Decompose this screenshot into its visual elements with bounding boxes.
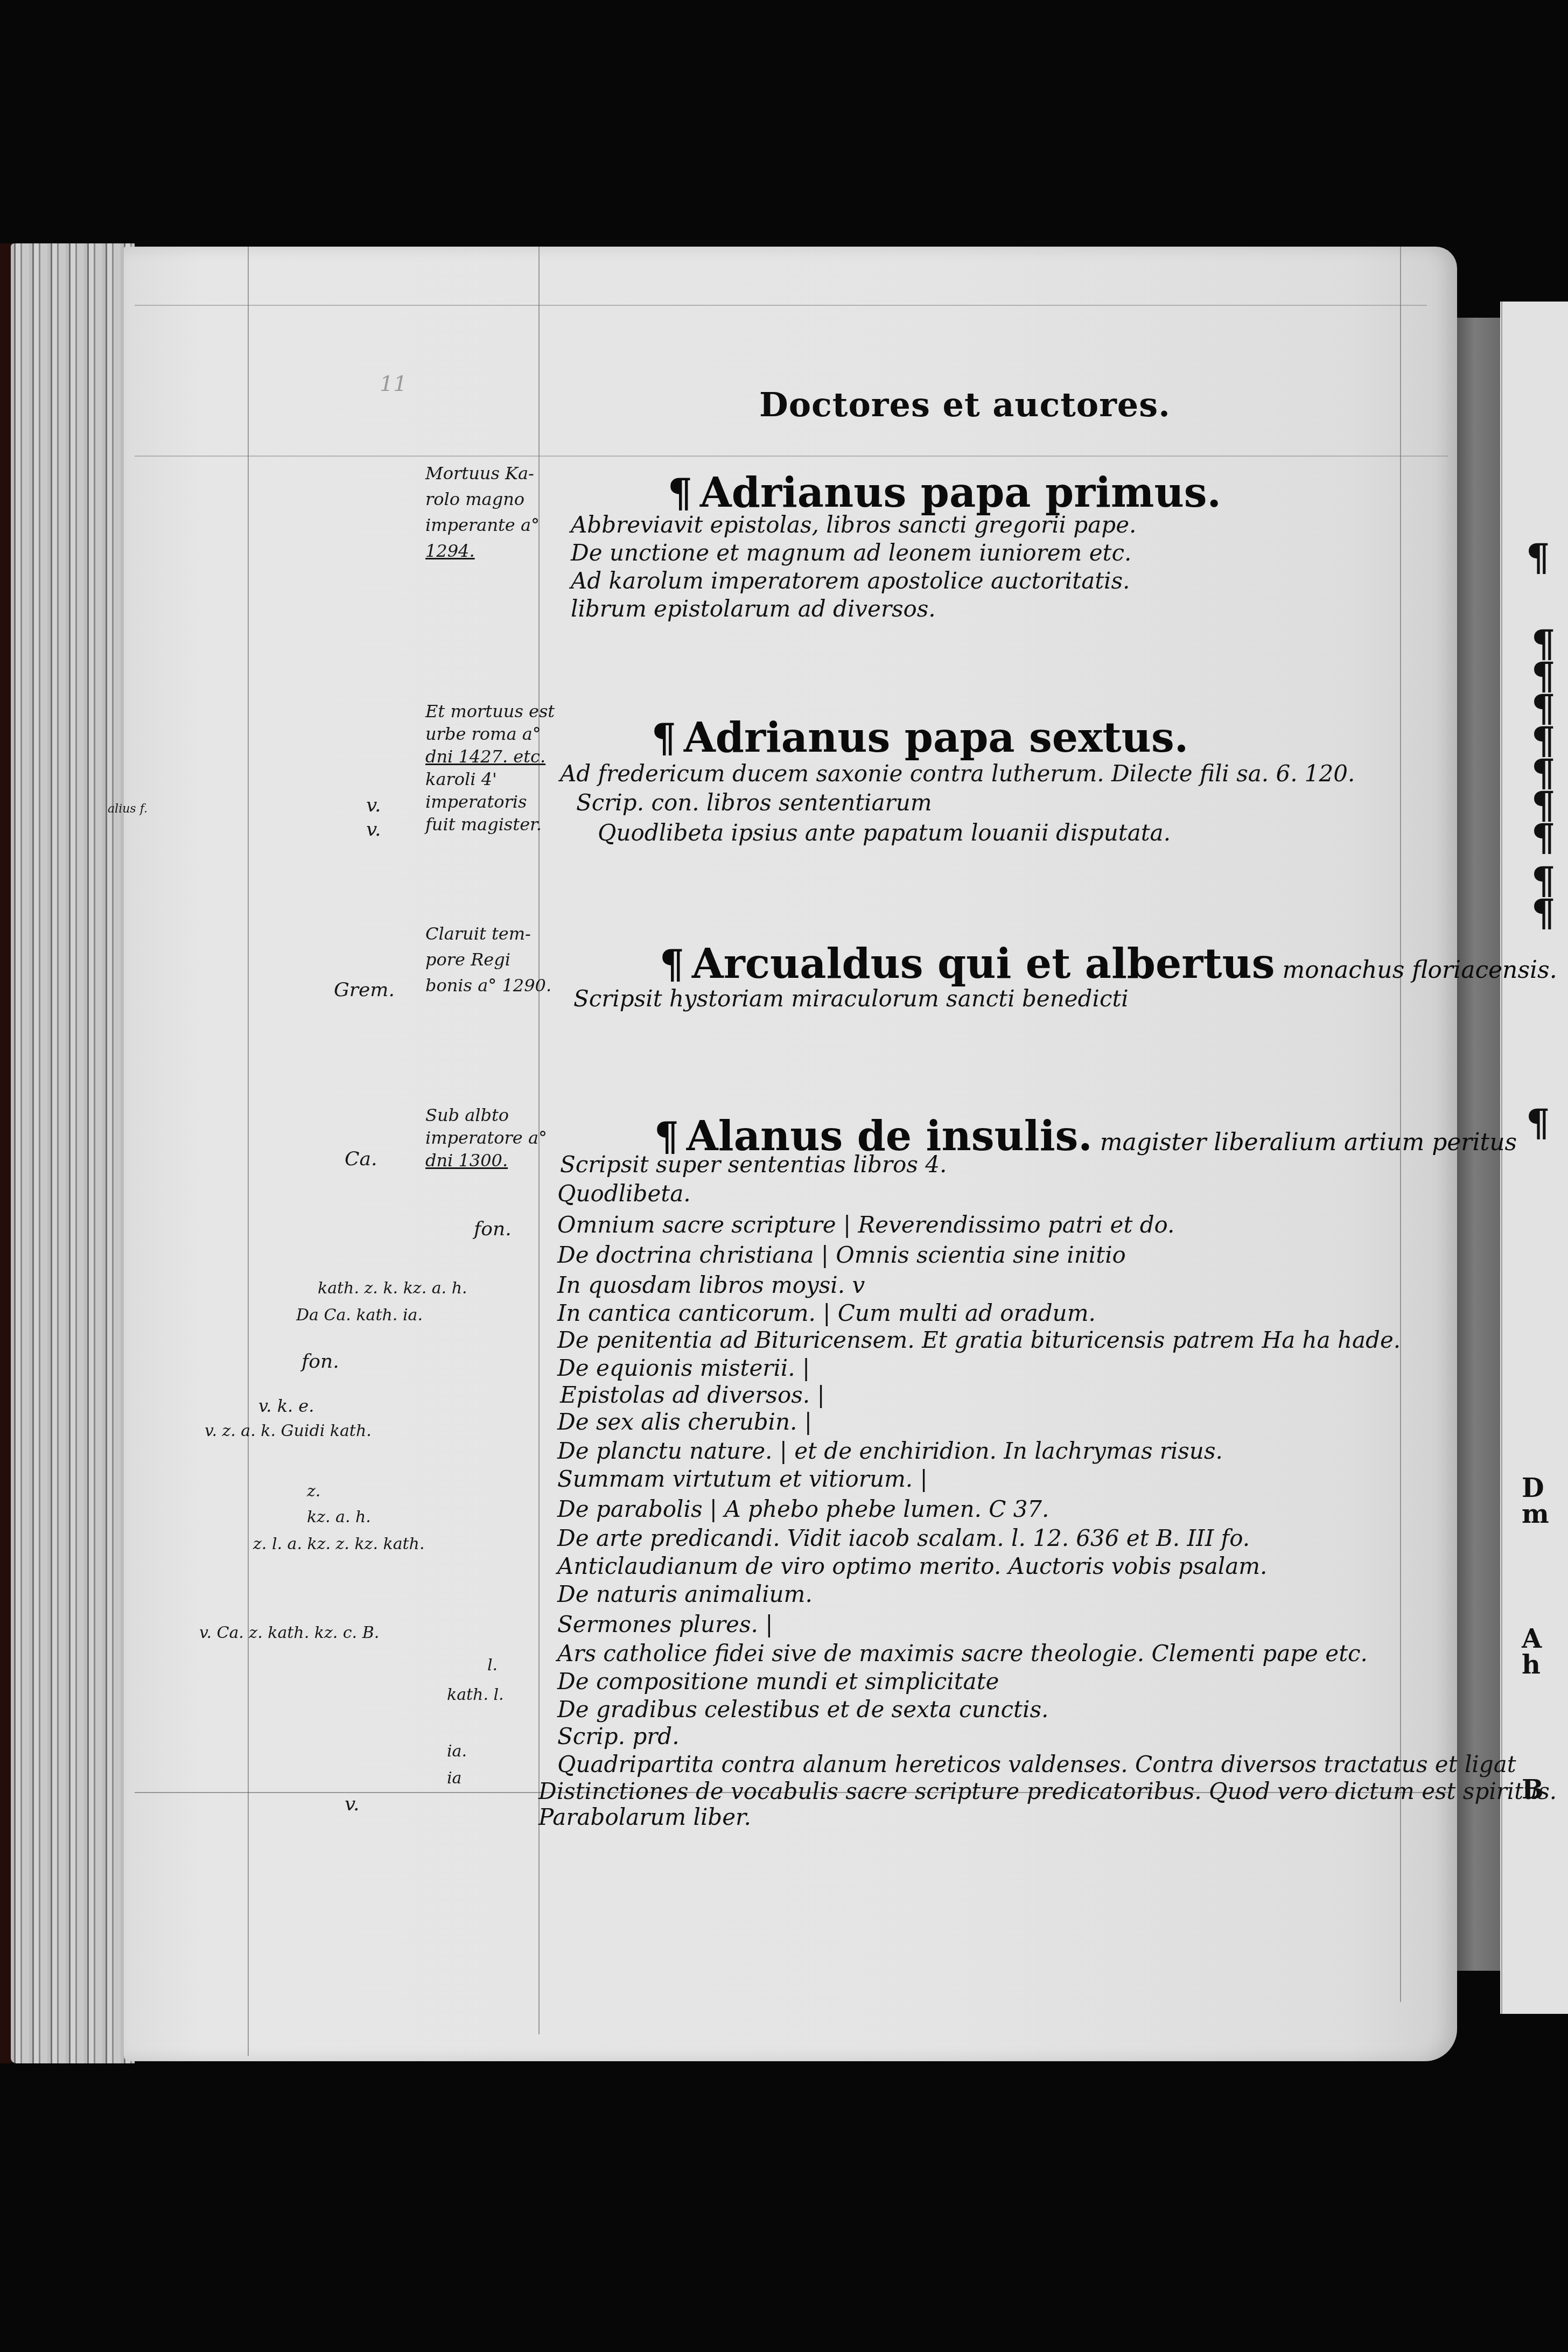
- entry-line: Ad karolum imperatorem apostolice auctor…: [571, 568, 1130, 594]
- entry-line: Omnium sacre scripture | Reverendissimo …: [557, 1212, 1174, 1238]
- paragraph-mark: ¶: [1526, 1104, 1550, 1142]
- siglum: fon.: [302, 1350, 339, 1373]
- entry-line: Sermones plures. |: [557, 1611, 773, 1637]
- margin-note-entry-3: Claruit tem- pore Regi bonis a° 1290.: [425, 921, 551, 998]
- entry-title-adrianus-sextus: ¶Adrianus papa sextus.: [652, 713, 1188, 761]
- ruled-line: [135, 456, 1448, 457]
- entry-line: Summam virtutum et vitiorum. |: [557, 1466, 928, 1492]
- entry-line: De parabolis | A phebo phebe lumen. C 37…: [557, 1496, 1049, 1522]
- paragraph-mark: ¶: [1526, 538, 1550, 576]
- margin-note-entry-1: Mortuus Ka- rolo magno imperante a° 1294…: [425, 460, 540, 564]
- entry-line: librum epistolarum ad diversos.: [571, 596, 936, 622]
- siglum: v. z. a. k. Guidi kath.: [205, 1422, 372, 1440]
- entry-line: De gradibus celestibus et de sexta cunct…: [557, 1696, 1048, 1723]
- entry-line: Scripsit hystoriam miraculorum sancti be…: [573, 985, 1129, 1012]
- entry-line: De compositione mundi et simplicitate: [557, 1668, 999, 1695]
- pilcrow-icon: ¶: [652, 715, 676, 761]
- entry-line: In cantica canticorum. | Cum multi ad or…: [557, 1300, 1096, 1326]
- entry-line: Ars catholice fidei sive de maximis sacr…: [557, 1640, 1368, 1667]
- entry-line: Quodlibeta.: [557, 1180, 691, 1207]
- facing-text-fragment: A h: [1522, 1626, 1568, 1678]
- entry-line: De equionis misterii. |: [557, 1355, 810, 1381]
- entry-line: De arte predicandi. Vidit iacob scalam. …: [557, 1525, 1250, 1551]
- siglum: kz. a. h.: [307, 1508, 371, 1527]
- entry-line: Abbreviavit epistolas, libros sancti gre…: [571, 512, 1136, 538]
- paragraph-mark: ¶: [1531, 818, 1556, 856]
- siglum: v.: [366, 794, 381, 816]
- folio-number-ghost: 11: [380, 372, 407, 396]
- entry-line: Scrip. con. libros sententiarum: [576, 789, 932, 816]
- entry-line: Quadripartita contra alanum hereticos va…: [557, 1751, 1516, 1777]
- page-stack: [11, 243, 135, 2063]
- pilcrow-icon: ¶: [668, 470, 692, 516]
- page-heading: Doctores et auctores.: [759, 385, 1171, 424]
- siglum: v. Ca. z. kath. kz. c. B.: [199, 1623, 379, 1642]
- siglum: z. l. a. kz. z. kz. kath.: [253, 1535, 424, 1553]
- entry-line: Scrip. prd.: [557, 1723, 680, 1749]
- entry-title-arcualdus: ¶Arcualdus qui et albertusmonachus flori…: [660, 940, 1557, 988]
- entry-title-adrianus-primus: ¶Adrianus papa primus.: [668, 468, 1221, 516]
- entry-line: Distinctiones de vocabulis sacre scriptu…: [538, 1778, 1557, 1804]
- entry-line: Anticlaudianum de viro optimo merito. Au…: [557, 1553, 1267, 1579]
- siglum: kath. z. k. kz. a. h.: [318, 1279, 467, 1298]
- siglum: v. k. e.: [258, 1396, 314, 1416]
- siglum: fon.: [474, 1218, 512, 1240]
- siglum: ia.: [447, 1742, 467, 1761]
- entry-line: De doctrina christiana | Omnis scientia …: [557, 1242, 1126, 1268]
- entry-line: De planctu nature. | et de enchiridion. …: [557, 1438, 1223, 1464]
- entry-line: In quosdam libros moysi. v: [557, 1272, 865, 1298]
- siglum: ia: [447, 1769, 461, 1788]
- entry-line: Parabolarum liber.: [538, 1804, 751, 1830]
- entry-line: De unctione et magnum ad leonem iuniorem…: [571, 540, 1131, 566]
- facing-text-fragment: D m: [1522, 1475, 1568, 1527]
- ruled-column-line: [248, 247, 249, 2056]
- siglum: z.: [307, 1482, 320, 1501]
- siglum: kath. l.: [447, 1685, 504, 1704]
- siglum: v.: [345, 1793, 360, 1815]
- siglum: Da Ca. kath. ia.: [296, 1306, 423, 1325]
- book-edge: [0, 243, 12, 2063]
- margin-note-entry-4: Sub albto imperatore a° dni 1300.: [425, 1104, 547, 1172]
- ruled-line: [135, 305, 1427, 306]
- left-margin-note: alius f.: [108, 802, 148, 816]
- entry-line: Ad fredericum ducem saxonie contra luthe…: [560, 760, 1355, 787]
- entry-line: Quodlibeta ipsius ante papatum louanii d…: [598, 820, 1171, 846]
- pilcrow-icon: ¶: [660, 941, 684, 987]
- entry-line: Epistolas ad diversos. |: [560, 1382, 825, 1408]
- entry-line: De naturis animalium.: [557, 1581, 813, 1607]
- margin-note-entry-2: Et mortuus est urbe roma a° dni 1427. et…: [425, 700, 555, 836]
- entry-line: Scripsit super sententias libros 4.: [560, 1151, 947, 1178]
- siglum: l.: [487, 1656, 498, 1675]
- paragraph-mark: ¶: [1531, 894, 1556, 932]
- siglum: v.: [366, 818, 381, 841]
- entry-line: De penitentia ad Bituricensem. Et gratia…: [557, 1327, 1401, 1353]
- siglum: Ca.: [345, 1148, 377, 1170]
- entry-line: De sex alis cherubin. |: [557, 1409, 812, 1435]
- siglum: Grem.: [334, 979, 395, 1001]
